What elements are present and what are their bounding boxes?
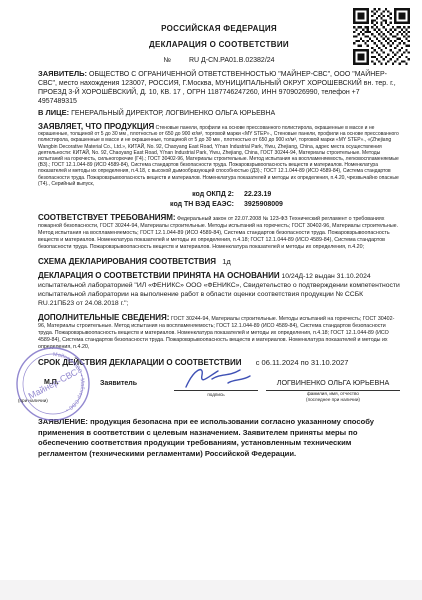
additional-section: ДОПОЛНИТЕЛЬНЫЕ СВЕДЕНИЯ: ГОСТ 30244-94, … xyxy=(38,314,400,351)
person-text: ГЕНЕРАЛЬНЫЙ ДИРЕКТОР, ЛОГВИНЕНКО ОЛЬГА Ю… xyxy=(71,110,275,117)
statement-text: продукция безопасна при ее использовании… xyxy=(38,417,374,458)
tnved-row: код ТН ВЭД ЕАЭС: 3925908009 xyxy=(38,201,400,208)
document-title: ДЕКЛАРАЦИЯ О СООТВЕТСТВИИ xyxy=(38,40,400,49)
applicant-label: ЗАЯВИТЕЛЬ: xyxy=(38,69,87,78)
signature-block: Майнер-СВС • Майнер-СВС • Майнер-СВС М.П… xyxy=(38,371,400,415)
country-name: РОССИЙСКАЯ ФЕДЕРАЦИЯ xyxy=(38,24,400,33)
statement-section: ЗАЯВЛЕНИЕ: продукция безопасна при ее ис… xyxy=(38,417,400,459)
product-text: Стеновые панели, профили на основе пресс… xyxy=(38,125,399,187)
applicant-text: ОБЩЕСТВО С ОГРАНИЧЕННОЙ ОТВЕТСТВЕННОСТЬЮ… xyxy=(38,71,396,105)
signature-caption: подпись xyxy=(174,392,258,397)
validity-value: с 06.11.2024 по 31.10.2027 xyxy=(256,358,349,367)
scheme-label: СХЕМА ДЕКЛАРИРОВАНИЯ СООТВЕТСТВИЯ xyxy=(38,257,216,266)
basis-section: ДЕКЛАРАЦИЯ О СООТВЕТСТВИИ ПРИНЯТА НА ОСН… xyxy=(38,271,400,308)
product-label: ЗАЯВЛЯЕТ, ЧТО ПРОДУКЦИЯ xyxy=(38,122,154,131)
additional-label: ДОПОЛНИТЕЛЬНЫЕ СВЕДЕНИЯ: xyxy=(38,313,169,322)
name-caption-line2: (последнее при наличии) xyxy=(306,397,360,402)
scheme-section: СХЕМА ДЕКЛАРИРОВАНИЯ СООТВЕТСТВИЯ 1д xyxy=(38,257,400,266)
tnved-value: 3925908009 xyxy=(244,201,283,208)
applicant-section: ЗАЯВИТЕЛЬ: ОБЩЕСТВО С ОГРАНИЧЕННОЙ ОТВЕТ… xyxy=(38,69,400,106)
name-caption: фамилия, имя, отчество (последнее при на… xyxy=(266,391,400,402)
requirements-label: СООТВЕТСТВУЕТ ТРЕБОВАНИЯМ: xyxy=(38,213,176,222)
person-label: В ЛИЦЕ: xyxy=(38,108,69,117)
okpd-label: код ОКПД 2: xyxy=(38,191,234,198)
requirements-section: СООТВЕТСТВУЕТ ТРЕБОВАНИЯМ: Федеральный з… xyxy=(38,214,400,251)
page-bottom-edge xyxy=(0,580,422,600)
handwritten-signature-icon xyxy=(168,363,268,393)
applicant-word: Заявитель xyxy=(100,380,137,387)
signature-line xyxy=(174,390,258,391)
okpd-row: код ОКПД 2: 22.23.19 xyxy=(38,191,400,198)
qr-code-icon xyxy=(353,8,410,65)
name-caption-line1: фамилия, имя, отчество xyxy=(307,391,359,396)
codes-section: код ОКПД 2: 22.23.19 код ТН ВЭД ЕАЭС: 39… xyxy=(38,191,400,208)
number-sign: № xyxy=(163,57,171,64)
person-section: В ЛИЦЕ: ГЕНЕРАЛЬНЫЙ ДИРЕКТОР, ЛОГВИНЕНКО… xyxy=(38,108,400,118)
product-section: ЗАЯВЛЯЕТ, ЧТО ПРОДУКЦИЯ Стеновые панели,… xyxy=(38,124,400,187)
okpd-value: 22.23.19 xyxy=(244,191,271,198)
signatory-name: ЛОГВИНЕНКО ОЛЬГА ЮРЬЕВНА xyxy=(266,378,400,391)
declaration-document: РОССИЙСКАЯ ФЕДЕРАЦИЯ ДЕКЛАРАЦИЯ О СООТВЕ… xyxy=(0,0,422,600)
document-header: РОССИЙСКАЯ ФЕДЕРАЦИЯ ДЕКЛАРАЦИЯ О СООТВЕ… xyxy=(38,24,400,64)
document-number: RU Д-CN.РА01.В.02382/24 xyxy=(189,57,275,64)
document-number-row: №RU Д-CN.РА01.В.02382/24 xyxy=(38,57,400,64)
stamp-place-note: (при наличии) xyxy=(18,398,48,403)
stamp-place-label: М.П. xyxy=(44,379,59,386)
tnved-label: код ТН ВЭД ЕАЭС: xyxy=(38,201,234,208)
scheme-value: 1д xyxy=(222,257,231,266)
basis-label: ДЕКЛАРАЦИЯ О СООТВЕТСТВИИ ПРИНЯТА НА ОСН… xyxy=(38,271,280,280)
